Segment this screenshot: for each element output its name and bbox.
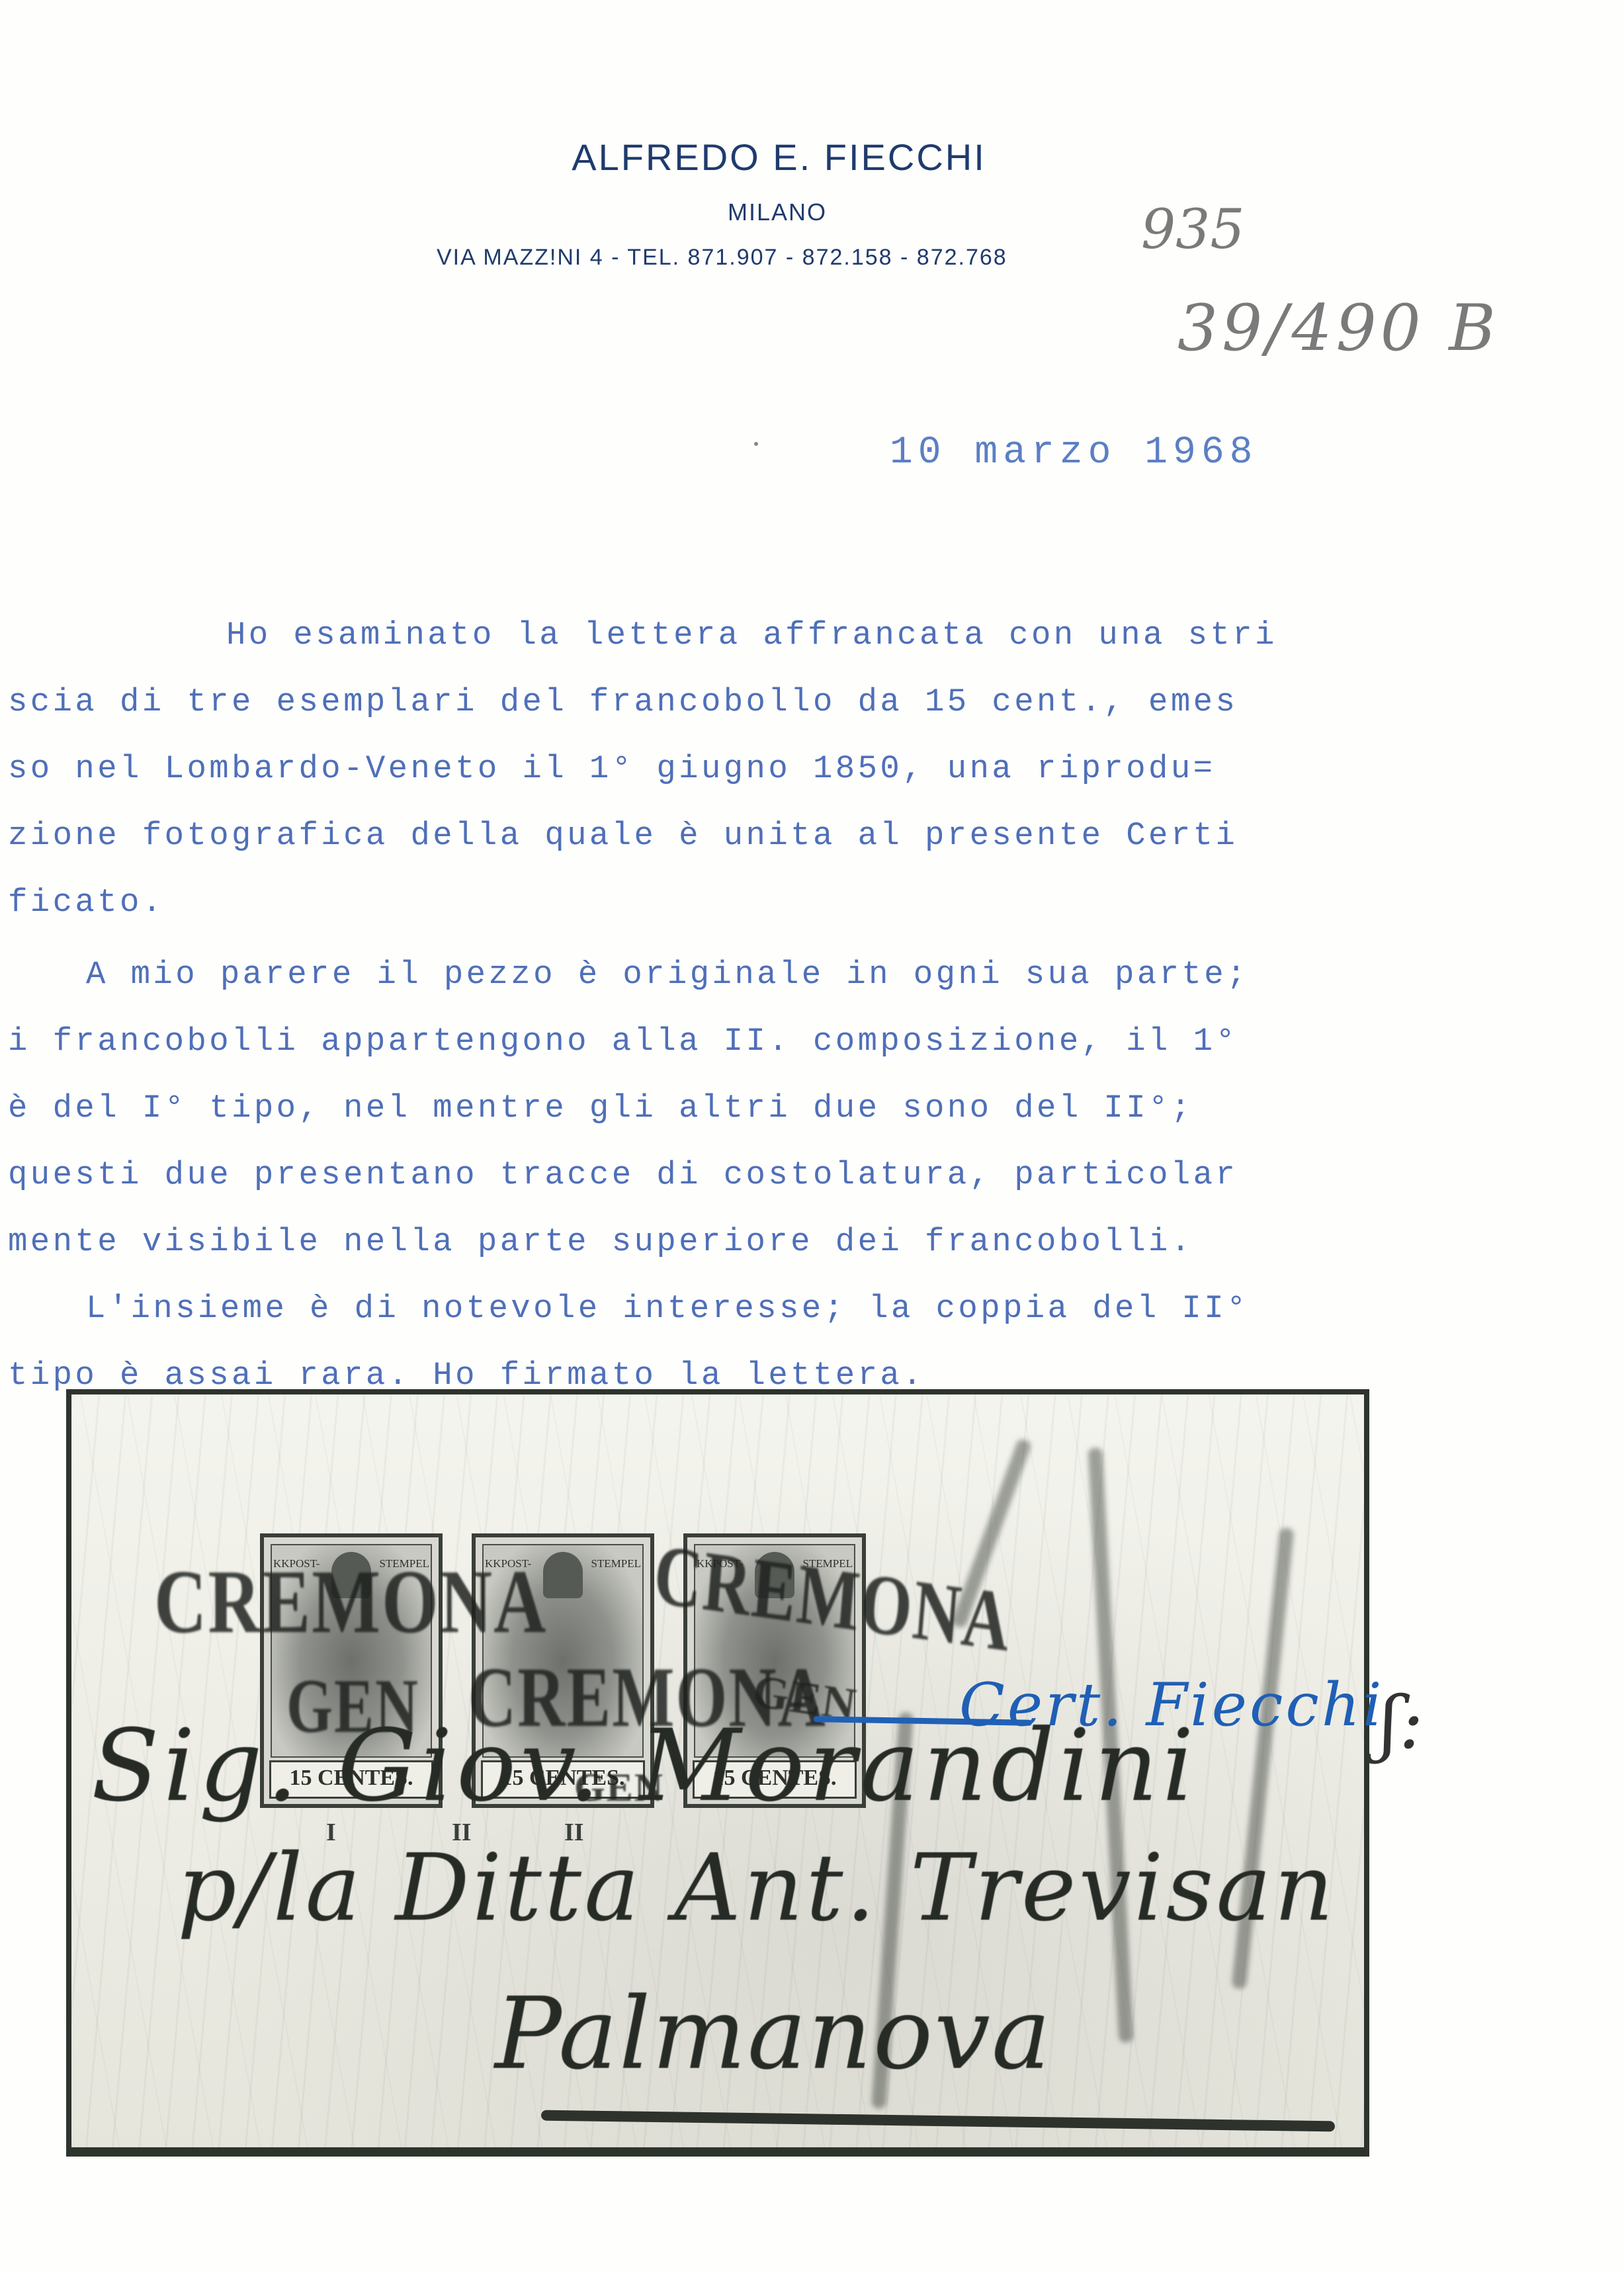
stamp-label: STEMPEL (591, 1557, 641, 1570)
address-line-firm: p/la Ditta Ant. Trevisan (177, 1834, 1336, 1942)
certificate-body: Ho esaminato la lettera affrancata con u… (8, 602, 1529, 1409)
body-line: mente visibile nella parte superiore dei… (8, 1209, 1529, 1275)
body-line: so nel Lombardo-Veneto il 1° giugno 1850… (8, 736, 1529, 802)
postmark-cremona: CREMONA (154, 1549, 548, 1654)
pencil-reference: 39/490 B (1177, 291, 1500, 365)
cover-photograph: KKPOST-STEMPEL 15 CENTES. KKPOST-STEMPEL… (66, 1389, 1369, 2157)
body-line: è del I° tipo, nel mentre gli altri due … (8, 1075, 1529, 1142)
speck-mark (754, 442, 758, 446)
body-line: scia di tre esemplari del francobollo da… (8, 669, 1529, 736)
body-line: Ho esaminato la lettera affrancata con u… (8, 602, 1529, 669)
body-line: ficato. (8, 869, 1529, 936)
certificate-page: ALFREDO E. FIECCHI MILANO VIA MAZZ!NI 4 … (0, 0, 1624, 2271)
body-line: i francobolli appartengono alla II. comp… (8, 1008, 1529, 1075)
address-line-city: Palmanova (495, 1977, 1052, 2092)
letterhead-city: MILANO (0, 198, 1555, 226)
body-line: A mio parere il pezzo è originale in ogn… (8, 941, 1529, 1008)
letter-date: 10 marzo 1968 (890, 431, 1258, 474)
body-line: L'insieme è di notevole interesse; la co… (8, 1275, 1529, 1342)
body-line: questi due presentano tracce di costolat… (8, 1142, 1529, 1209)
letterhead-address: VIA MAZZ!NI 4 - TEL. 871.907 - 872.158 -… (437, 245, 1007, 271)
body-line: zione fotografica della quale è unita al… (8, 802, 1529, 869)
letterhead-name: ALFREDO E. FIECCHI (0, 136, 1558, 179)
ink-flourish: ʃ: (1379, 1680, 1424, 1765)
pencil-number: 935 (1141, 198, 1245, 261)
expert-signature: Cert. Fiecchi (959, 1670, 1385, 1740)
